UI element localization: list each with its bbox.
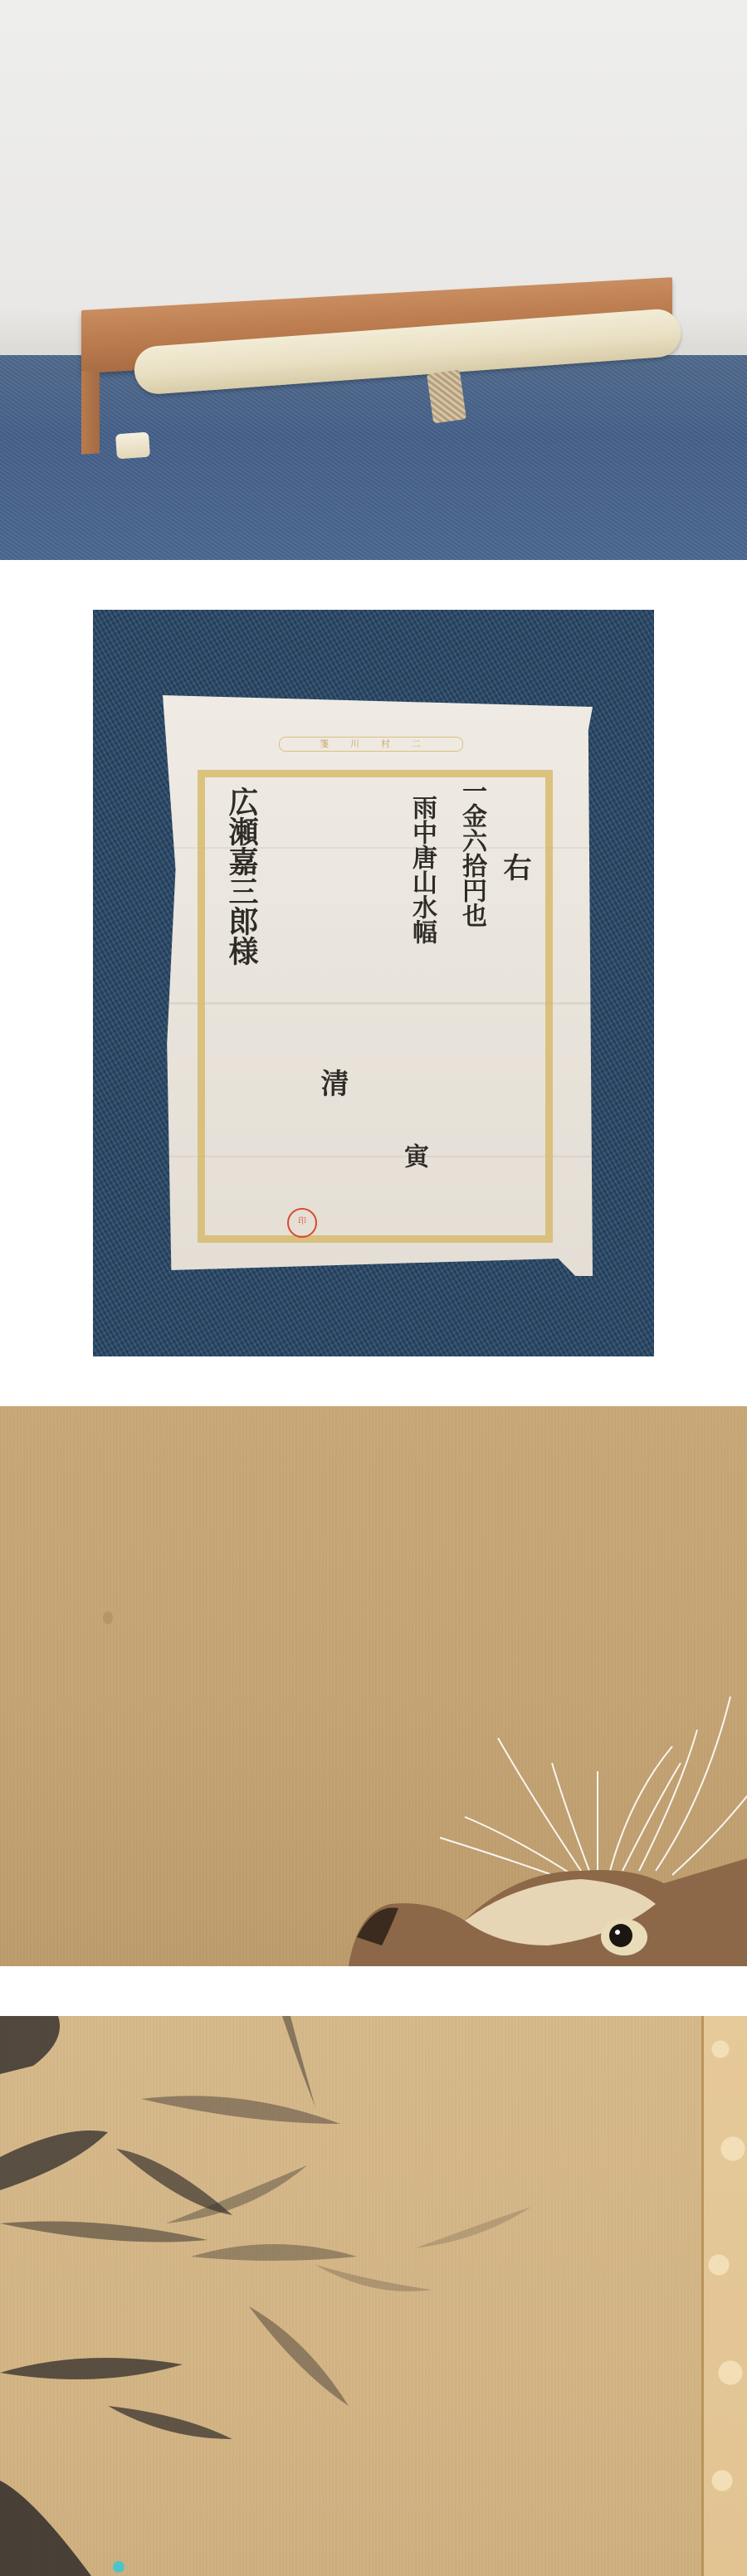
product-photo-tiger-detail bbox=[0, 1406, 747, 1966]
header-char: 二 bbox=[412, 738, 422, 751]
calligraphy-addressee: 広瀬嘉三郎様 bbox=[221, 786, 263, 966]
calligraphy-column: 雨中唐山水幅 bbox=[403, 795, 440, 944]
brocade-mounting bbox=[701, 2016, 747, 2576]
calligraphy-column: 右 bbox=[495, 853, 535, 881]
stationery-header: 箋 川 村 二 bbox=[279, 737, 463, 752]
certificate-paper: 箋 川 村 二 右 一金六拾円也 雨中唐山水幅 寅 清 広瀬嘉三郎様 印 bbox=[163, 695, 593, 1276]
header-char: 箋 bbox=[320, 738, 330, 751]
carpet-background bbox=[0, 355, 747, 560]
header-char: 村 bbox=[381, 738, 392, 751]
header-char: 川 bbox=[350, 738, 361, 751]
product-photo-certificate: 箋 川 村 二 右 一金六拾円也 雨中唐山水幅 寅 清 広瀬嘉三郎様 印 bbox=[93, 610, 654, 1356]
scroll-roller-knob bbox=[115, 432, 150, 460]
scroll-cord-tie bbox=[427, 370, 466, 424]
calligraphy-signature: 清 bbox=[312, 1069, 353, 1097]
product-photo-bamboo-detail bbox=[0, 2016, 747, 2576]
tiger-painting-detail bbox=[0, 1406, 747, 1966]
red-seal-stamp: 印 bbox=[287, 1208, 317, 1238]
bamboo-ink-painting bbox=[0, 2016, 701, 2576]
calligraphy-column: 一金六拾円也 bbox=[453, 778, 490, 928]
product-photo-scroll-box bbox=[0, 0, 747, 560]
calligraphy-column: 寅 bbox=[395, 1143, 432, 1168]
wooden-box-end bbox=[81, 370, 100, 454]
